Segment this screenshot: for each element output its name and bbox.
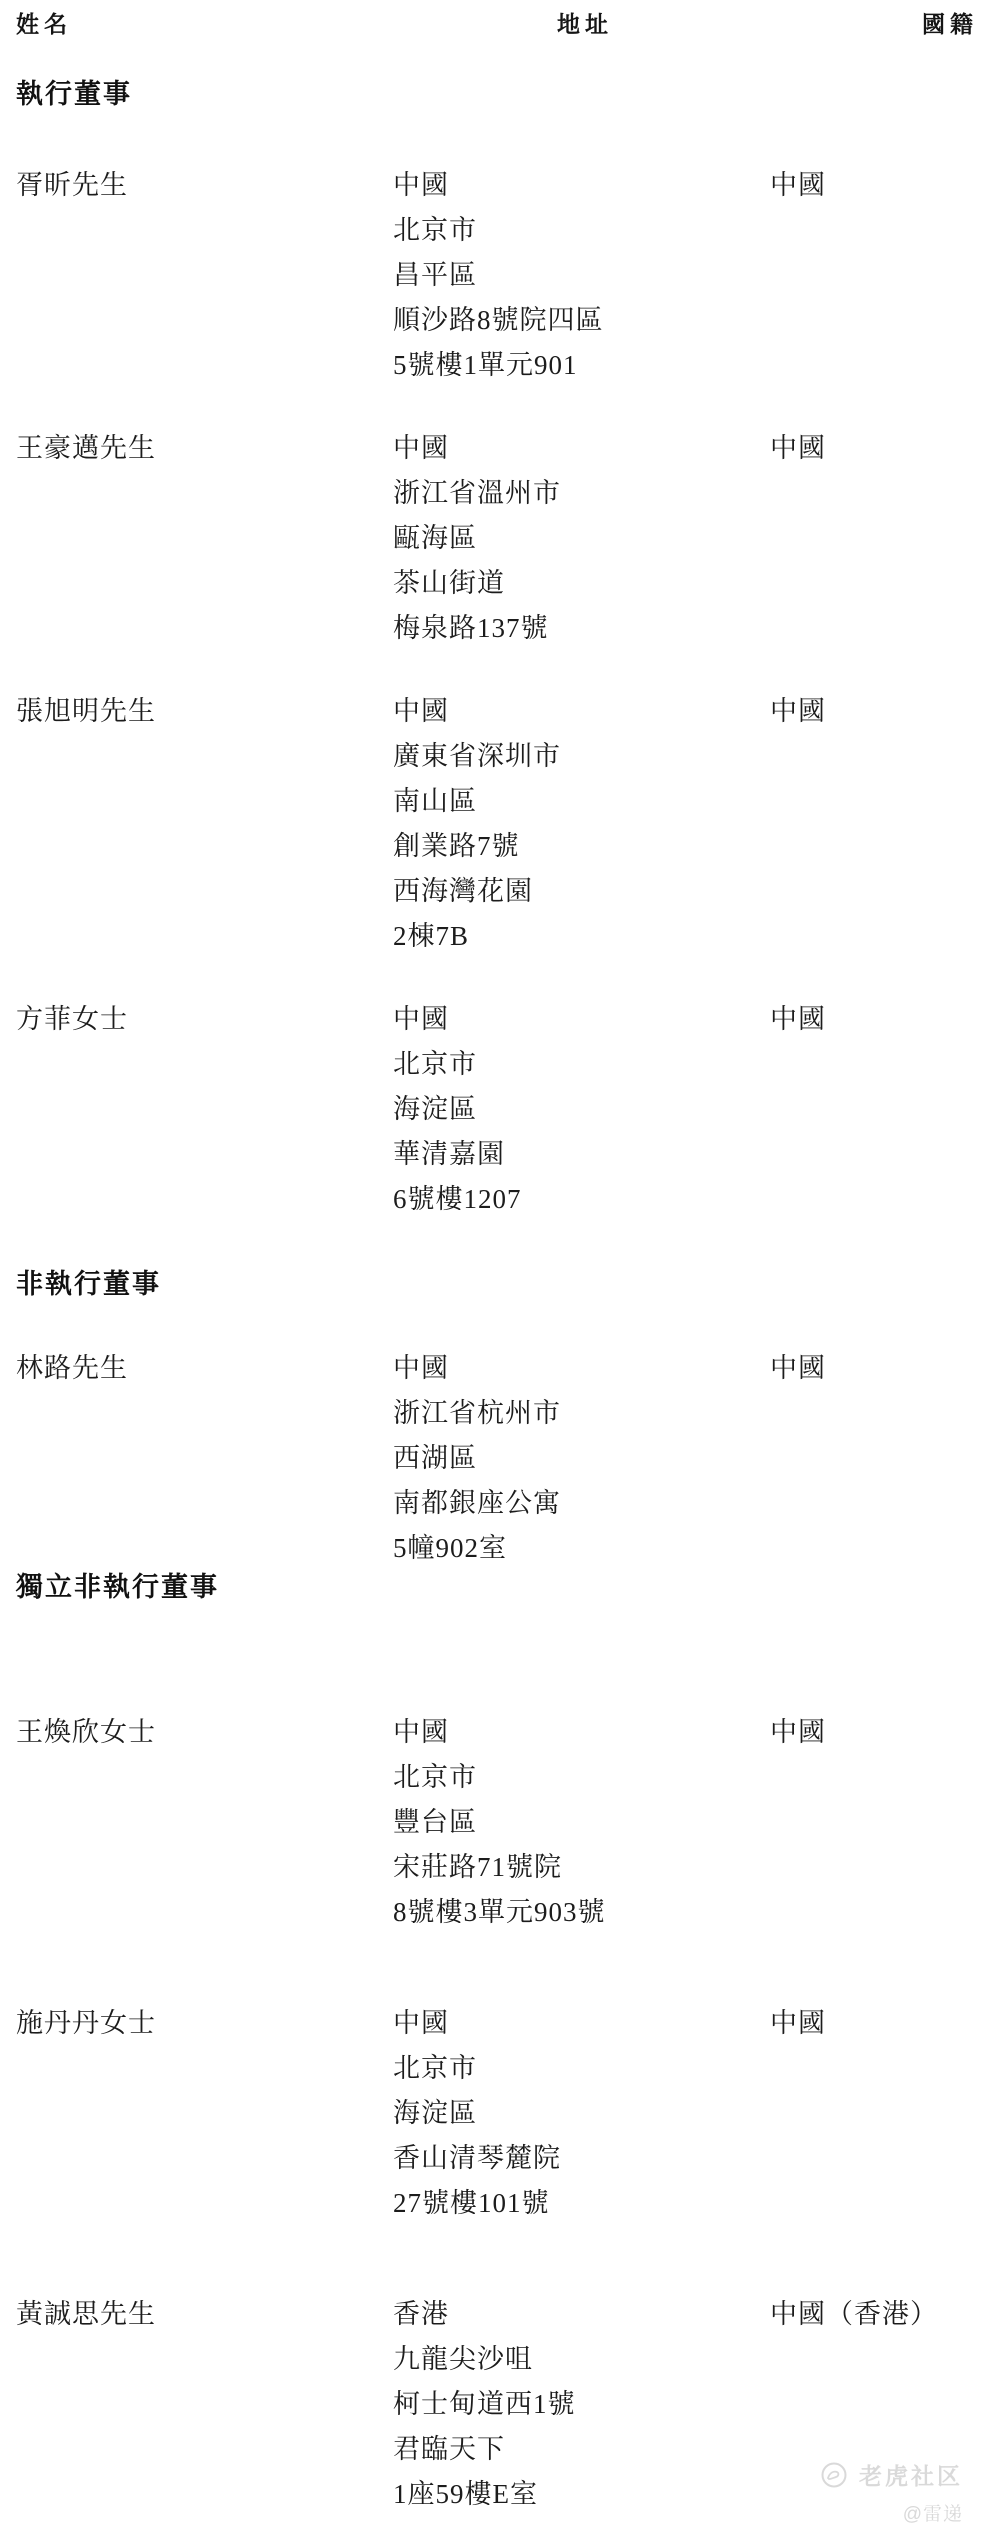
- watermark-handle-text: @雷递: [821, 2499, 963, 2526]
- director-address: 中國浙江省溫州市甌海區茶山街道梅泉路137號: [393, 426, 770, 651]
- address-line: 北京市: [393, 208, 770, 253]
- director-section: 執行董事胥昕先生中國北京市昌平區順沙路8號院四區5號樓1單元901中國王豪邁先生…: [0, 72, 981, 1222]
- address-line: 中國: [393, 1346, 770, 1391]
- address-line: 廣東省深圳市: [393, 734, 770, 779]
- address-line: 香山清琴麓院: [393, 2136, 770, 2181]
- address-line: 2棟7B: [393, 914, 770, 959]
- director-address: 中國浙江省杭州市西湖區南都銀座公寓5幢902室: [393, 1346, 770, 1571]
- director-nationality: 中國: [770, 997, 981, 1222]
- address-line: 九龍尖沙咀: [393, 2337, 770, 2382]
- director-nationality: 中國: [770, 1346, 981, 1571]
- address-line: 西湖區: [393, 1436, 770, 1481]
- address-line: 柯士甸道西1號: [393, 2382, 770, 2427]
- address-line: 創業路7號: [393, 824, 770, 869]
- directors-list-page: 姓名 地址 國籍 執行董事胥昕先生中國北京市昌平區順沙路8號院四區5號樓1單元9…: [0, 0, 981, 2536]
- address-line: 浙江省溫州市: [393, 471, 770, 516]
- address-line: 宋莊路71號院: [393, 1845, 770, 1890]
- director-address: 中國北京市海淀區華清嘉園6號樓1207: [393, 997, 770, 1222]
- address-line: 香港: [393, 2292, 770, 2337]
- director-name: 施丹丹女士: [16, 2001, 393, 2226]
- director-row: 王豪邁先生中國浙江省溫州市甌海區茶山街道梅泉路137號中國: [0, 426, 981, 651]
- address-line: 中國: [393, 689, 770, 734]
- address-line: 西海灣花園: [393, 869, 770, 914]
- director-name: 王煥欣女士: [16, 1710, 393, 1935]
- address-line: 5號樓1單元901: [393, 343, 770, 388]
- address-line: 中國: [393, 163, 770, 208]
- director-nationality: 中國: [770, 426, 981, 651]
- director-address: 中國廣東省深圳市南山區創業路7號西海灣花園2棟7B: [393, 689, 770, 959]
- address-line: 5幢902室: [393, 1526, 770, 1571]
- address-line: 南都銀座公寓: [393, 1481, 770, 1526]
- address-line: 中國: [393, 2001, 770, 2046]
- director-row: 王煥欣女士中國北京市豐台區宋莊路71號院8號樓3單元903號中國: [0, 1710, 981, 1935]
- director-address: 中國北京市豐台區宋莊路71號院8號樓3單元903號: [393, 1710, 770, 1935]
- section-heading: 非執行董事: [16, 1262, 981, 1307]
- address-line: 甌海區: [393, 516, 770, 561]
- director-row: 施丹丹女士中國北京市海淀區香山清琴麓院27號樓101號中國: [0, 2001, 981, 2226]
- address-line: 昌平區: [393, 253, 770, 298]
- director-nationality: 中國: [770, 689, 981, 959]
- tiger-logo-icon: [821, 2462, 847, 2488]
- watermark-brand-row: 老虎社区: [821, 2458, 963, 2491]
- table-header-row: 姓名 地址 國籍: [0, 0, 981, 38]
- address-line: 8號樓3單元903號: [393, 1890, 770, 1935]
- director-section: 獨立非執行董事王煥欣女士中國北京市豐台區宋莊路71號院8號樓3單元903號中國施…: [0, 1565, 981, 2517]
- address-line: 君臨天下: [393, 2427, 770, 2472]
- column-header-name: 姓名: [16, 6, 72, 39]
- director-name: 黃誠思先生: [16, 2292, 393, 2517]
- address-line: 南山區: [393, 779, 770, 824]
- director-name: 方菲女士: [16, 997, 393, 1222]
- address-line: 海淀區: [393, 1087, 770, 1132]
- director-name: 林路先生: [16, 1346, 393, 1571]
- address-line: 茶山街道: [393, 561, 770, 606]
- address-line: 中國: [393, 997, 770, 1042]
- column-header-address: 地址: [557, 6, 613, 39]
- address-line: 27號樓101號: [393, 2181, 770, 2226]
- watermark-brand-text: 老虎社区: [859, 2458, 963, 2491]
- director-address: 香港九龍尖沙咀柯士甸道西1號君臨天下1座59樓E室: [393, 2292, 770, 2517]
- address-line: 北京市: [393, 1755, 770, 1800]
- address-line: 海淀區: [393, 2091, 770, 2136]
- column-header-nationality: 國籍: [922, 6, 978, 39]
- watermark: 老虎社区 @雷递: [821, 2458, 963, 2526]
- section-heading: 執行董事: [16, 72, 981, 117]
- address-line: 華清嘉園: [393, 1132, 770, 1177]
- section-heading: 獨立非執行董事: [16, 1565, 981, 1610]
- address-line: 豐台區: [393, 1800, 770, 1845]
- address-line: 梅泉路137號: [393, 606, 770, 651]
- address-line: 6號樓1207: [393, 1177, 770, 1222]
- address-line: 北京市: [393, 2046, 770, 2091]
- director-section: 非執行董事林路先生中國浙江省杭州市西湖區南都銀座公寓5幢902室中國: [0, 1262, 981, 1571]
- address-line: 順沙路8號院四區: [393, 298, 770, 343]
- director-nationality: 中國: [770, 1710, 981, 1935]
- director-row: 胥昕先生中國北京市昌平區順沙路8號院四區5號樓1單元901中國: [0, 163, 981, 388]
- director-address: 中國北京市海淀區香山清琴麓院27號樓101號: [393, 2001, 770, 2226]
- address-line: 北京市: [393, 1042, 770, 1087]
- director-address: 中國北京市昌平區順沙路8號院四區5號樓1單元901: [393, 163, 770, 388]
- director-name: 王豪邁先生: [16, 426, 393, 651]
- director-name: 張旭明先生: [16, 689, 393, 959]
- director-name: 胥昕先生: [16, 163, 393, 388]
- address-line: 中國: [393, 426, 770, 471]
- director-nationality: 中國: [770, 2001, 981, 2226]
- director-row: 方菲女士中國北京市海淀區華清嘉園6號樓1207中國: [0, 997, 981, 1222]
- address-line: 浙江省杭州市: [393, 1391, 770, 1436]
- address-line: 中國: [393, 1710, 770, 1755]
- director-row: 林路先生中國浙江省杭州市西湖區南都銀座公寓5幢902室中國: [0, 1346, 981, 1571]
- director-row: 張旭明先生中國廣東省深圳市南山區創業路7號西海灣花園2棟7B中國: [0, 689, 981, 959]
- address-line: 1座59樓E室: [393, 2472, 770, 2517]
- sections-container: 執行董事胥昕先生中國北京市昌平區順沙路8號院四區5號樓1單元901中國王豪邁先生…: [0, 72, 981, 2517]
- director-nationality: 中國: [770, 163, 981, 388]
